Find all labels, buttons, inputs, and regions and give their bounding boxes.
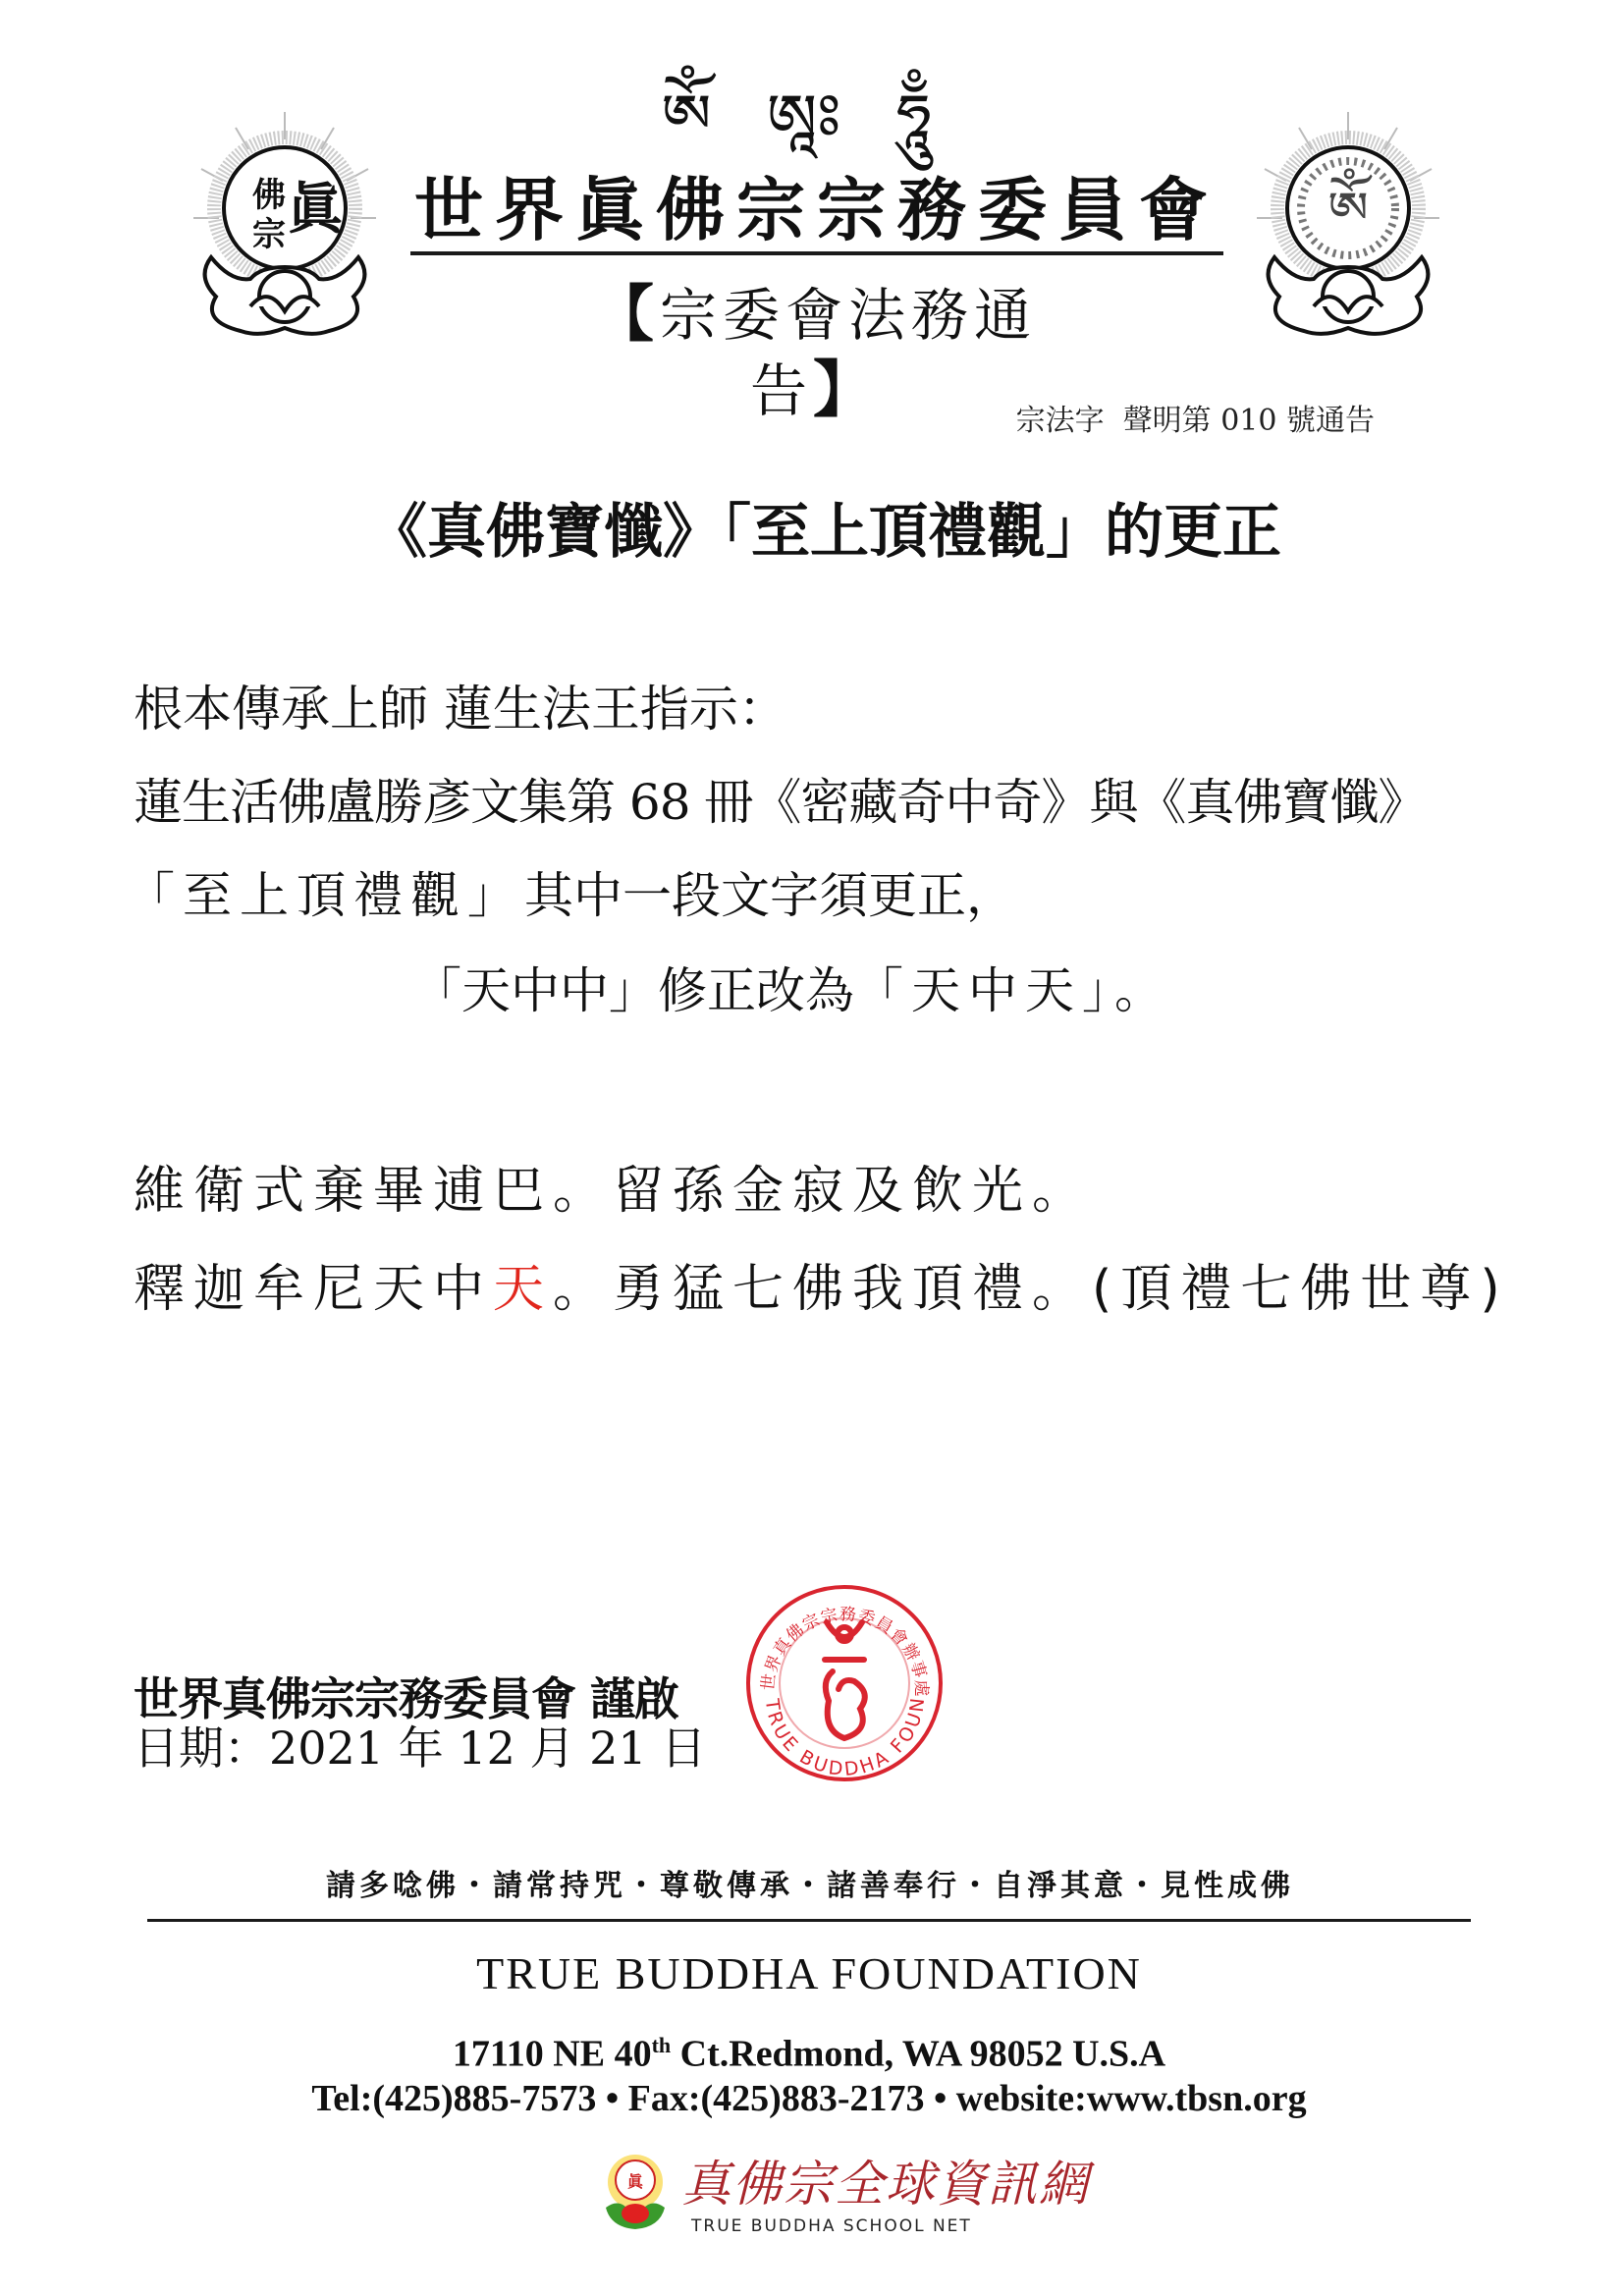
network-name-english: TRUE BUDDHA SCHOOL NET [691, 2215, 972, 2237]
reference-number: 宗法字 聲明第 010 號通告 [884, 397, 1375, 446]
bracket-close: 】 [813, 354, 880, 425]
correction-period: 。 [1114, 962, 1164, 1019]
om-lotus-emblem-icon: ༀ [1255, 110, 1441, 341]
reference-prefix: 宗法字 [1016, 404, 1105, 438]
tbsn-lotus-logo-icon: 眞 [601, 2151, 670, 2231]
date-label: 日期： [134, 1722, 269, 1775]
foundation-name: TRUE BUDDHA FOUNDATION [147, 1944, 1471, 2003]
verse-line-2: 釋迦牟尼天中天。勇猛七佛我頂禮。(頂禮七佛世尊) [134, 1255, 1509, 1324]
document-title: 《真佛寶懺》「至上頂禮觀」的更正 [314, 488, 1335, 576]
foundation-contact: Tel:(425)885-7573 • Fax:(425)883-2173 • … [147, 2072, 1471, 2125]
date-value: 2021 年 12 月 21 日 [269, 1722, 706, 1775]
section-note: 其中一段文字須更正， [524, 867, 1015, 924]
organization-title: 世界眞佛宗宗務委員會 [410, 169, 1223, 251]
corrected-text: 「天中天」 [854, 962, 1114, 1019]
lotus-emblem-icon: 佛 眞 宗 [191, 110, 378, 341]
incorrect-text: 「天中中」 [412, 962, 658, 1019]
contact-tel: Tel:(425)885-7573 [311, 2078, 596, 2119]
address-city: Ct.Redmond, WA 98052 U.S.A [671, 2034, 1165, 2075]
left-emblem: 佛 眞 宗 [191, 110, 378, 341]
address-street: 17110 NE 40 [453, 2034, 652, 2075]
instruction-intro: 根本傳承上師 蓮生法王指示： [134, 678, 787, 740]
header-divider [410, 251, 1223, 255]
reference-code: 聲明第 010 號通告 [1123, 404, 1375, 438]
verse-line-2-start: 釋迦牟尼天中 [134, 1260, 493, 1319]
signature-date: 日期：2021 年 12 月 21 日 [134, 1717, 706, 1779]
svg-text:眞: 眞 [288, 178, 346, 242]
right-emblem: ༀ [1255, 110, 1441, 341]
foundation-address: 17110 NE 40th Ct.Redmond, WA 98052 U.S.A [147, 2021, 1471, 2079]
address-ordinal: th [652, 2033, 672, 2057]
contact-website[interactable]: website:www.tbsn.org [956, 2078, 1307, 2119]
corrected-character: 天 [493, 1260, 553, 1319]
svg-text:眞: 眞 [627, 2172, 644, 2191]
footer-divider [147, 1919, 1471, 1922]
instruction-section: 「至上頂禮觀」其中一段文字須更正， [126, 864, 1015, 927]
correction-statement: 「天中中」修正改為「天中天」。 [412, 959, 1164, 1022]
correction-verb: 修正改為 [658, 962, 854, 1019]
svg-text:佛: 佛 [252, 176, 286, 215]
network-name-chinese: 真佛宗全球資訊網 [681, 2157, 1090, 2212]
contact-separator: • [596, 2078, 627, 2119]
contact-fax: Fax:(425)883-2173 [628, 2078, 925, 2119]
verse-line-2-end: 。勇猛七佛我頂禮。(頂禮七佛世尊) [553, 1260, 1509, 1319]
contact-separator: • [924, 2078, 955, 2119]
mantra-syllables: ༀ ཨཱཿ ཧཱུྃ [609, 69, 1001, 167]
instruction-source: 蓮生活佛盧勝彥文集第 68 冊《密藏奇中奇》與《真佛寶懺》 [134, 771, 1426, 834]
official-seal: 世界真佛宗宗務委員會辦事處 TRUE BUDDHA FOUNDATION [744, 1583, 946, 1784]
verse-line-1: 維衛式棄畢逋巴。留孫金寂及飲光。 [134, 1157, 1092, 1226]
motto: 請多唸佛・請常持咒・尊敬傳承・諸善奉行・自淨其意・見性成佛 [147, 1861, 1473, 1912]
svg-text:宗: 宗 [252, 215, 286, 254]
tbsn-logo: 眞 [601, 2151, 670, 2231]
bracket-open: 【 [593, 278, 660, 350]
section-name: 「至上頂禮觀」 [126, 867, 524, 924]
seal-stamp-icon: 世界真佛宗宗務委員會辦事處 TRUE BUDDHA FOUNDATION [744, 1583, 946, 1784]
